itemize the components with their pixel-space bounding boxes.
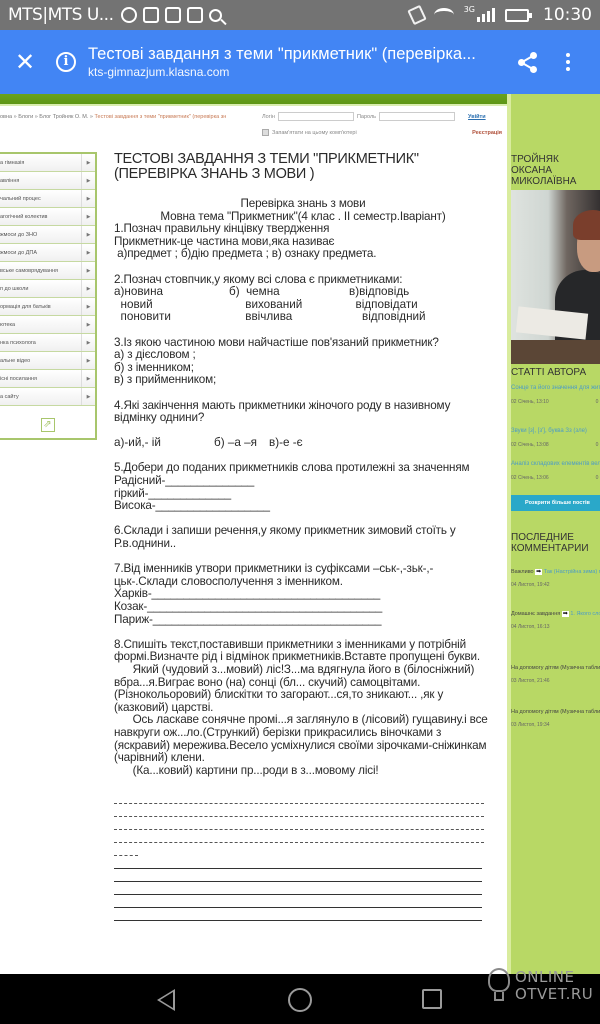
arrow-right-icon: ➡ [562,611,569,617]
author-article: Аналіз складових елементів великої букви… [511,460,600,482]
status-bar: MTS|MTS U... 3G 10:30 [0,0,600,30]
author-name[interactable]: ТРОЙНЯК ОКСАНА МИКОЛАЇВНА [511,154,600,187]
answer-line [114,855,138,868]
comment-link[interactable]: Так (Настрійна зима) покарати правопоруш… [544,569,600,575]
answer-line [114,842,484,855]
network-type: 3G [464,5,475,14]
question-1: 1.Познач правильну кінцівку твердження [114,223,492,236]
comment-post-title[interactable]: Важливо [511,569,534,575]
left-menu-item[interactable]: агогічний колектив▶ [0,208,95,226]
left-menu-item-label: п до школи [0,286,81,292]
left-menu-item-label: нка психолога [0,340,81,346]
question-7-item: Париж-__________________________________… [114,614,492,627]
left-menu-item-label: жмоси до ЗНО [0,232,81,238]
left-menu-item-label: ютека [0,322,81,328]
author-article-link[interactable]: Аналіз складових елементів великої букви… [511,460,600,468]
search-icon [209,9,222,22]
answer-line [114,816,484,829]
login-input[interactable] [278,112,354,121]
site-header-bar [0,94,510,104]
left-menu-item-label: вське самоврядування [0,268,81,274]
chevron-right-icon: ▶ [81,244,95,261]
question-2-word: б) чемна [229,286,349,299]
breadcrumb-separator: » [35,114,38,120]
carrier-name: MTS|MTS U... [8,5,113,25]
question-2-word: поновити [114,311,229,324]
left-menu-item[interactable]: а гімназія▶ [0,154,95,172]
show-more-posts-button[interactable]: Розкрити більше постів [511,495,600,511]
comment-item: На допомогу дітям (Музична таблиця множе… [511,664,600,686]
login-form: Логін Пароль Увійти Запам'ятати на цьому… [262,112,502,136]
login-label: Логін [262,114,275,120]
question-2-word: ввічлива [229,311,349,324]
signal-icon [477,8,495,22]
answer-line [114,868,482,881]
question-2-word: а)новина [114,286,229,299]
breadcrumb-item[interactable]: Блог Тройняк О. М. [39,114,88,120]
clock: 10:30 [543,5,592,25]
chevron-right-icon: ▶ [81,190,95,207]
author-article: Звуки [з], [з'], буква Зз (зле)02 Січень… [511,427,600,449]
close-icon[interactable]: ✕ [0,48,50,77]
breadcrumb-item[interactable]: овна [0,114,12,120]
right-sidebar: ТРОЙНЯК ОКСАНА МИКОЛАЇВНА СТАТТІ АВТОРА … [507,94,600,974]
left-menu-item[interactable]: вське самоврядування▶ [0,262,95,280]
question-6: 6.Склади і запиши речення,у якому прикме… [114,525,492,550]
left-menu-item[interactable]: а сайту▶ [0,388,95,406]
left-menu-item[interactable]: ормація для батьків▶ [0,298,95,316]
answer-line [114,881,482,894]
answer-line [114,894,482,907]
left-menu-item[interactable]: авління▶ [0,172,95,190]
comment-post-title[interactable]: На допомогу дітям (Музична таблиця множе… [511,709,600,715]
chevron-right-icon: ▶ [81,208,95,225]
chevron-right-icon: ▶ [81,280,95,297]
breadcrumb-separator: » [14,114,17,120]
back-icon[interactable] [157,989,175,1011]
chevron-right-icon: ▶ [81,154,95,171]
author-article-date: 02 Січень, 13:06 [511,474,549,482]
author-article: Сонце та його значення для життя на Земл… [511,384,600,406]
chevron-right-icon: ▶ [81,226,95,243]
question-8: 8.Спишіть текст,поставивши прикметники з… [114,639,492,664]
comment-item: Важливо ➡ Так (Настрійна зима) покарати … [511,568,600,590]
author-article-date: 02 Січень, 13:08 [511,441,549,449]
remember-label: Запам'ятати на цьому комп'ютері [272,130,357,136]
question-3-option: в) з прийменником; [114,374,492,387]
answer-line [114,803,484,816]
left-menu-item[interactable]: чальний процес▶ [0,190,95,208]
answer-lines [114,803,492,933]
left-menu-item-label: існі посилання [0,376,81,382]
left-menu-item-label: чальний процес [0,196,81,202]
answer-line [114,920,482,933]
breadcrumb-item[interactable]: Блоги [18,114,33,120]
question-2: 2.Познач стовпчик,у якому всі слова є пр… [114,274,492,287]
comment-post-title[interactable]: На допомогу дітям (Музична таблиця множе… [511,665,600,671]
left-menu-item[interactable]: нка психолога▶ [0,334,95,352]
left-menu: а гімназія▶авління▶чальний процес▶агогіч… [0,152,97,440]
battery-icon [505,9,529,22]
question-4-option: а)-ий,- ій [114,437,214,450]
question-7-item: Козак-__________________________________… [114,601,492,614]
answer-line [114,907,482,920]
page-info[interactable]: Тестові завдання з теми "прикметник" (пе… [88,45,478,79]
chevron-right-icon: ▶ [81,370,95,387]
left-menu-item-label: а сайту [0,394,81,400]
recents-icon[interactable] [422,989,442,1009]
chevron-right-icon: ▶ [81,352,95,369]
face-icon [143,7,159,23]
comment-link[interactable]: 1. Якого слова складу наведених може дор… [570,611,600,617]
author-photo[interactable] [511,190,600,364]
question-8-paragraph: Ось ласкаве сонячне промі...я заглянуло … [114,714,492,764]
author-article-link[interactable]: Звуки [з], [з'], буква Зз (зле) [511,427,600,435]
comment-post-title[interactable]: Домашнє завдання [511,611,560,617]
chevron-right-icon: ▶ [81,316,95,333]
header-divider [0,104,510,106]
question-1-options: а)предмет ; б)дію предмета ; в) ознаку п… [114,248,492,261]
comment-date: 04 Листоп, 16:13 [511,623,600,632]
lightbulb-icon [486,968,512,1004]
author-article-link[interactable]: Сонце та його значення для життя на Земл… [511,384,600,392]
left-menu-item-label: а гімназія [0,160,81,166]
left-menu-item[interactable]: жмоси до ДПА▶ [0,244,95,262]
left-menu-item-label: авління [0,178,81,184]
expand-icon[interactable]: ⇗ [41,418,55,432]
left-menu-item[interactable]: жмоси до ЗНО▶ [0,226,95,244]
alert-icon [187,7,203,23]
arrow-right-icon: ➡ [535,569,542,575]
chevron-right-icon: ▶ [81,172,95,189]
breadcrumb: овна » Блоги » Блог Тройняк О. М. » Тест… [0,114,226,120]
rotate-icon [407,5,426,25]
left-menu-item-label: жмоси до ДПА [0,250,81,256]
author-article-comments: 0 к [596,398,600,406]
watermark-line2: OTVET.RU [515,986,593,1003]
watermark-line1: ONLINE [515,969,593,986]
author-articles-heading: СТАТТІ АВТОРА [511,367,586,378]
chevron-right-icon: ▶ [81,262,95,279]
question-8-paragraph: (Ка...ковий) картини пр...роди в з...мов… [114,765,492,778]
left-menu-item-label: альне відео [0,358,81,364]
chevron-right-icon: ▶ [81,334,95,351]
comment-date: 03 Листоп, 21:46 [511,677,600,686]
remember-checkbox[interactable] [262,129,269,136]
wifi-icon [434,8,454,22]
web-page: овна » Блоги » Блог Тройняк О. М. » Тест… [0,94,600,974]
question-7: 7.Від іменників утвори прикметники із су… [114,563,492,588]
question-4-options: а)-ий,- ій б) –а –я в)-е -є [114,437,492,450]
info-icon[interactable]: i [56,52,76,72]
breadcrumb-separator: » [90,114,93,120]
browser-toolbar: ✕ i Тестові завдання з теми "прикметник"… [0,30,600,94]
home-icon[interactable] [288,988,312,1012]
article-subtitle: Перевірка знань з мови [114,198,492,211]
password-input[interactable] [379,112,455,121]
answer-line [114,829,484,842]
comment-item: На допомогу дітям (Музична таблиця множе… [511,708,600,730]
left-menu-item[interactable]: існі посилання▶ [0,370,95,388]
question-5-item: Радісний-______________ [114,475,492,488]
latest-comments-heading: ПОСЛЕДНИЕ КОММЕНТАРИИ [511,532,600,554]
alert-icon [165,7,181,23]
left-menu-item-label: агогічний колектив [0,214,81,220]
left-menu-item[interactable]: п до школи▶ [0,280,95,298]
comment-date: 03 Листоп, 19:34 [511,721,600,730]
question-4-option: б) –а –я [214,437,269,450]
question-8-paragraph: Який (чудовий з...мовий) ліс!З...ма вдяг… [114,664,492,714]
article: ТЕСТОВІ ЗАВДАННЯ З ТЕМИ "ПРИКМЕТНИК" (ПЕ… [114,152,492,933]
question-3-option: а) з дієсловом ; [114,349,492,362]
left-menu-item[interactable]: альне відео▶ [0,352,95,370]
author-article-comments: 0 к [596,474,600,482]
left-menu-item[interactable]: ютека▶ [0,316,95,334]
register-link[interactable]: Реєстрація [472,130,502,136]
breadcrumb-current: Тестові завдання з теми "прикметник" (пе… [94,114,226,120]
more-vert-icon[interactable] [566,53,572,71]
login-button[interactable]: Увійти [468,114,486,120]
question-4: 4.Які закінчення мають прикметники жіноч… [114,400,492,425]
comment-item: Домашнє завдання ➡ 1. Якого слова складу… [511,610,600,632]
chevron-right-icon: ▶ [81,298,95,315]
password-label: Пароль [357,114,376,120]
question-2-columns: а)новинаб) чемнав)відповідь новий вихова… [114,286,492,324]
question-2-word: відповідний [349,311,479,324]
share-icon[interactable] [516,50,540,74]
question-2-word: в)відповідь [349,286,479,299]
article-title: ТЕСТОВІ ЗАВДАННЯ З ТЕМИ "ПРИКМЕТНИК" (ПЕ… [114,152,492,182]
chevron-right-icon: ▶ [81,388,95,405]
question-5-item: Висока-__________________ [114,500,492,513]
author-article-comments: 0 к [596,441,600,449]
question-4-option: в)-е -є [269,437,303,450]
author-article-date: 02 Січень, 13:10 [511,398,549,406]
comment-date: 04 Листоп, 19:42 [511,581,600,590]
watermark: ONLINE OTVET.RU [486,968,593,1004]
at-icon [121,7,137,23]
page-url: kts-gimnazjum.klasna.com [88,65,478,79]
page-title: Тестові завдання з теми "прикметник" (пе… [88,45,478,64]
left-menu-item-label: ормація для батьків [0,304,81,310]
